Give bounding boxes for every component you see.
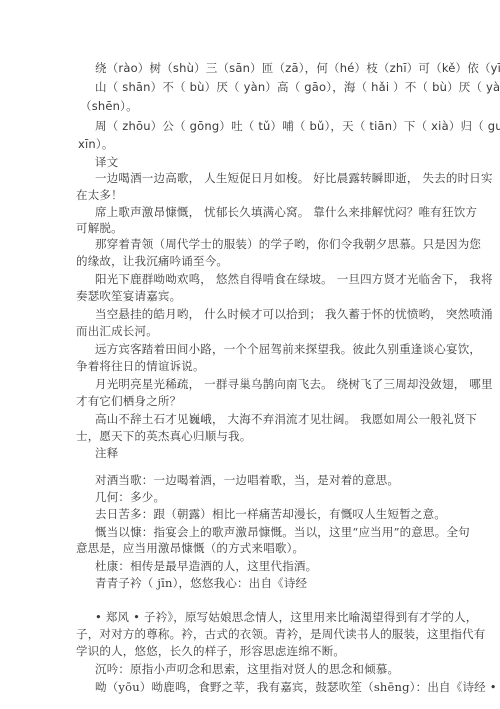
translation-line: 士，愿天下的英杰真心归顺与我。 [76,429,252,443]
note-line: 几何：多少。 [95,490,165,504]
note-line: 意思是，应当用激昂慷慨（的方式来唱歌）。 [76,541,304,555]
translation-line: 而出汇成长河。 [76,324,158,338]
translation-line: 当空悬挂的皓月哟， 什么时候才可以拾到； 我久蓄于怀的忧愤哟， 突然喷涌 [95,307,493,321]
note-line: 慨当以慷：指宴会上的歌声激昂慷慨。当以，这里“应当用”的意思。全句 [95,525,470,539]
translation-line: 争着将往日的情谊诉说。 [76,359,205,373]
translation-line: 奏瑟吹笙宴请嘉宾。 [76,289,181,303]
note-line: • 郑风 • 子衿》，原写姑娘思念情人，这里用来比喻渴望得到有才学的人， [95,610,477,624]
notes-heading: 注释 [95,446,118,460]
note-line: 呦（yōu）呦鹿鸣，食野之苹，我有嘉宾，鼓瑟吹笙（shēng）：出自《诗经 • … [95,680,500,694]
note-line: 沉吟：原指小声叨念和思索，这里指对贤人的思念和倾慕。 [95,662,399,676]
translation-line: 那穿着青领（周代学士的服装）的学子哟，你们令我朝夕思慕。只是因为您 [95,237,481,251]
translation-line: 远方宾客踏着田间小路，一个个屈驾前来探望我。彼此久别重逢谈心宴饮， [95,342,481,356]
pinyin-line: xīn）。 [78,137,114,151]
translation-line: 高山不辞土石才见巍峨， 大海不弃涓流才见壮阔。 我愿如周公一般礼贤下 [95,412,477,426]
note-line: 杜康：相传是最早造酒的人，这里代指酒。 [95,559,317,573]
note-line: 子，对对方的尊称。衿，古式的衣领。青衿，是周代读书人的服装，这里指代有 [76,627,486,641]
translation-line: 月光明亮星光稀疏， 一群寻巢乌鹊向南飞去。 绕树飞了三周却没敛翅， 哪里 [95,377,493,391]
note-line: 青青子衿（ jīn），悠悠我心：出自《诗经 [95,576,307,590]
translation-line: 才有它们栖身之所？ [76,394,181,408]
document-page: 绕（rào）树（shù）三（sān）匝（zā），何（hé）枝（zhī）可（kě）… [0,0,500,709]
pinyin-line: 周（ zhōu）公（ gōng）吐（ tǔ）哺（ bǔ），天（ tiān）下（ … [95,119,500,133]
pinyin-line: 山（ shān）不（ bù）厌（ yàn）高（ gāo），海（ hǎi ）不（ … [95,80,500,94]
note-line: 去日苦多：跟（朝露）相比一样痛苦却漫长，有慨叹人生短暂之意。 [95,507,446,521]
pinyin-line: （shēn）。 [80,99,138,113]
translation-heading: 译文 [95,155,118,169]
translation-line: 一边喝酒一边高歌， 人生短促日月如梭。 好比晨露转瞬即逝， 失去的时日实 [95,171,493,185]
pinyin-line: 绕（rào）树（shù）三（sān）匝（zā），何（hé）枝（zhī）可（kě）… [95,61,500,75]
translation-line: 阳光下鹿群呦呦欢鸣， 悠然自得啃食在绿坡。 一旦四方贤才光临舍下， 我将 [95,272,493,286]
note-line: 对酒当歌：一边喝着酒，一边唱着歌，当，是对着的意思。 [95,473,399,487]
note-line: 学识的人，悠悠，长久的样子，形容思虑连绵不断。 [76,644,345,658]
translation-line: 席上歌声激昂慷慨， 忧郁长久填满心窝。 靠什么来排解忧闷？唯有狂饮方 [95,205,477,219]
translation-line: 的缘故，让我沉痛吟诵至今。 [76,254,228,268]
translation-line: 可解脱。 [76,221,123,235]
translation-line: 在太多！ [76,188,123,202]
